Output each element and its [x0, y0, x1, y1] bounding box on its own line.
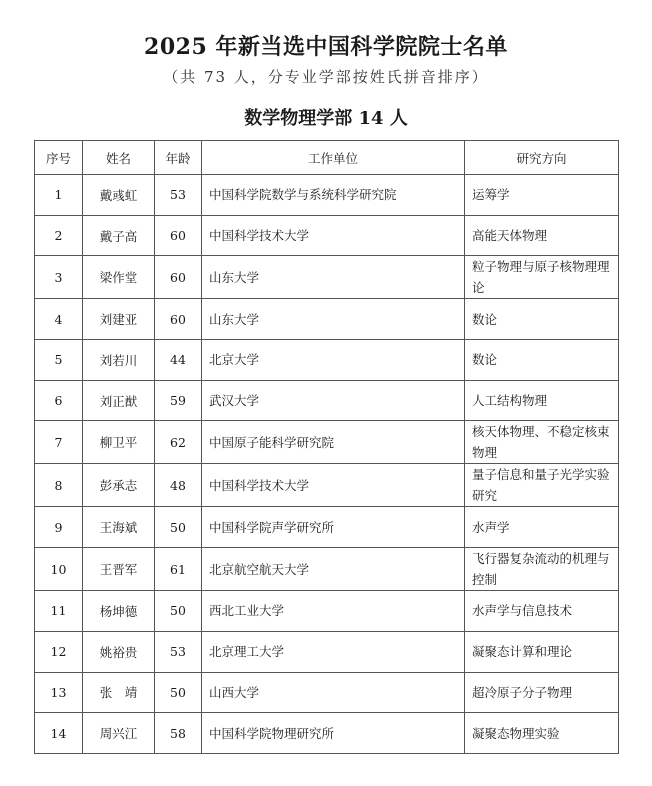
cell-no: 5 — [35, 340, 83, 381]
cell-unit: 中国科学院物理研究所 — [202, 713, 465, 754]
cell-name: 刘若川 — [83, 340, 155, 381]
cell-field: 量子信息和量子光学实验研究 — [465, 464, 619, 507]
cell-name: 刘建亚 — [83, 299, 155, 340]
cell-field: 人工结构物理 — [465, 380, 619, 421]
table-row: 9王海斌50中国科学院声学研究所水声学 — [35, 507, 619, 548]
cell-no: 7 — [35, 421, 83, 464]
cell-name: 戴彧虹 — [83, 175, 155, 216]
cell-field: 飞行器复杂流动的机理与控制 — [465, 548, 619, 591]
cell-unit: 中国原子能科学研究院 — [202, 421, 465, 464]
table-body: 1戴彧虹53中国科学院数学与系统科学研究院运筹学2戴子高60中国科学技术大学高能… — [35, 175, 619, 754]
cell-age: 50 — [155, 672, 202, 713]
cell-name: 王晋军 — [83, 548, 155, 591]
cell-no: 3 — [35, 256, 83, 299]
cell-name: 王海斌 — [83, 507, 155, 548]
table-row: 13张 靖50山西大学超冷原子分子物理 — [35, 672, 619, 713]
cell-unit: 中国科学院数学与系统科学研究院 — [202, 175, 465, 216]
cell-unit: 山西大学 — [202, 672, 465, 713]
header-no: 序号 — [35, 141, 83, 175]
cell-age: 48 — [155, 464, 202, 507]
cell-unit: 山东大学 — [202, 256, 465, 299]
cell-no: 12 — [35, 631, 83, 672]
cell-age: 62 — [155, 421, 202, 464]
cell-name: 姚裕贵 — [83, 631, 155, 672]
cell-age: 50 — [155, 591, 202, 632]
cell-age: 53 — [155, 175, 202, 216]
cell-age: 53 — [155, 631, 202, 672]
table-row: 5刘若川44北京大学数论 — [35, 340, 619, 381]
cell-no: 4 — [35, 299, 83, 340]
header-unit: 工作单位 — [202, 141, 465, 175]
header-age: 年龄 — [155, 141, 202, 175]
table-row: 7柳卫平62中国原子能科学研究院核天体物理、不稳定核束物理 — [35, 421, 619, 464]
cell-age: 50 — [155, 507, 202, 548]
table-row: 3梁作堂60山东大学粒子物理与原子核物理理论 — [35, 256, 619, 299]
cell-no: 1 — [35, 175, 83, 216]
cell-field: 水声学 — [465, 507, 619, 548]
cell-field: 粒子物理与原子核物理理论 — [465, 256, 619, 299]
cell-field: 数论 — [465, 299, 619, 340]
cell-unit: 中国科学技术大学 — [202, 215, 465, 256]
cell-name: 刘正猷 — [83, 380, 155, 421]
cell-age: 60 — [155, 256, 202, 299]
cell-name: 戴子高 — [83, 215, 155, 256]
table-row: 10王晋军61北京航空航天大学飞行器复杂流动的机理与控制 — [35, 548, 619, 591]
cell-no: 11 — [35, 591, 83, 632]
table-row: 4刘建亚60山东大学数论 — [35, 299, 619, 340]
cell-unit: 西北工业大学 — [202, 591, 465, 632]
cell-field: 水声学与信息技术 — [465, 591, 619, 632]
cell-unit: 中国科学院声学研究所 — [202, 507, 465, 548]
header-field: 研究方向 — [465, 141, 619, 175]
cell-name: 杨坤德 — [83, 591, 155, 632]
document-title: 2025 年新当选中国科学院院士名单 — [0, 30, 652, 61]
cell-name: 张 靖 — [83, 672, 155, 713]
cell-field: 凝聚态物理实验 — [465, 713, 619, 754]
cell-no: 8 — [35, 464, 83, 507]
cell-no: 13 — [35, 672, 83, 713]
cell-age: 44 — [155, 340, 202, 381]
cell-unit: 中国科学技术大学 — [202, 464, 465, 507]
cell-age: 60 — [155, 215, 202, 256]
cell-unit: 北京理工大学 — [202, 631, 465, 672]
table-row: 2戴子高60中国科学技术大学高能天体物理 — [35, 215, 619, 256]
table-row: 12姚裕贵53北京理工大学凝聚态计算和理论 — [35, 631, 619, 672]
cell-unit: 山东大学 — [202, 299, 465, 340]
cell-no: 2 — [35, 215, 83, 256]
cell-name: 柳卫平 — [83, 421, 155, 464]
cell-age: 60 — [155, 299, 202, 340]
cell-no: 9 — [35, 507, 83, 548]
cell-name: 彭承志 — [83, 464, 155, 507]
cell-no: 6 — [35, 380, 83, 421]
cell-name: 梁作堂 — [83, 256, 155, 299]
table-row: 14周兴江58中国科学院物理研究所凝聚态物理实验 — [35, 713, 619, 754]
cell-field: 核天体物理、不稳定核束物理 — [465, 421, 619, 464]
table-row: 6刘正猷59武汉大学人工结构物理 — [35, 380, 619, 421]
table-row: 1戴彧虹53中国科学院数学与系统科学研究院运筹学 — [35, 175, 619, 216]
cell-unit: 北京大学 — [202, 340, 465, 381]
cell-age: 61 — [155, 548, 202, 591]
cell-unit: 武汉大学 — [202, 380, 465, 421]
cell-field: 运筹学 — [465, 175, 619, 216]
cell-age: 58 — [155, 713, 202, 754]
cell-field: 高能天体物理 — [465, 215, 619, 256]
academicians-table: 序号 姓名 年龄 工作单位 研究方向 1戴彧虹53中国科学院数学与系统科学研究院… — [34, 140, 619, 754]
cell-no: 14 — [35, 713, 83, 754]
cell-unit: 北京航空航天大学 — [202, 548, 465, 591]
cell-age: 59 — [155, 380, 202, 421]
section-heading: 数学物理学部 14 人 — [0, 104, 652, 130]
cell-field: 凝聚态计算和理论 — [465, 631, 619, 672]
cell-field: 数论 — [465, 340, 619, 381]
cell-no: 10 — [35, 548, 83, 591]
table-row: 11杨坤德50西北工业大学水声学与信息技术 — [35, 591, 619, 632]
document-subtitle: （共 73 人，分专业学部按姓氏拼音排序） — [0, 66, 652, 87]
cell-field: 超冷原子分子物理 — [465, 672, 619, 713]
table-row: 8彭承志48中国科学技术大学量子信息和量子光学实验研究 — [35, 464, 619, 507]
cell-name: 周兴江 — [83, 713, 155, 754]
table-header-row: 序号 姓名 年龄 工作单位 研究方向 — [35, 141, 619, 175]
header-name: 姓名 — [83, 141, 155, 175]
